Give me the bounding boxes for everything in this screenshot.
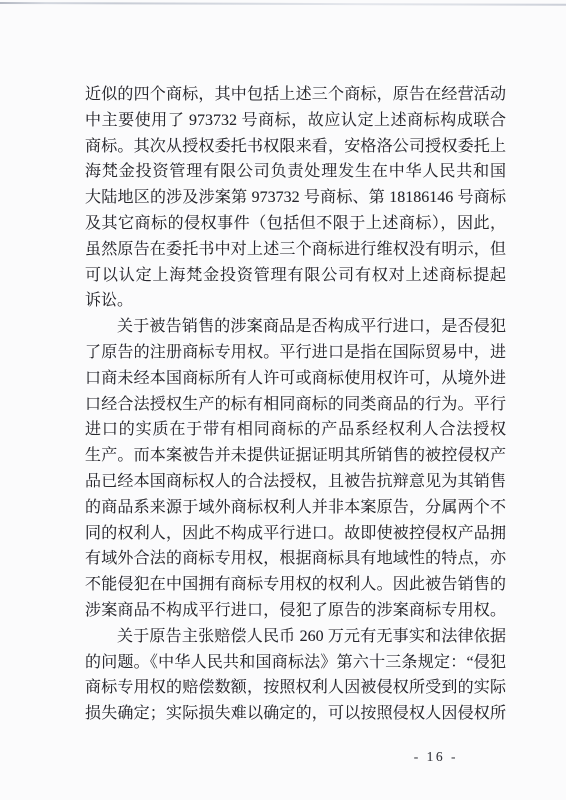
text-line: 同的权利人，因此不构成平行进口。故即使被控侵权产品拥 (85, 521, 506, 547)
text-line: 大陆地区的涉及涉案第 973732 号商标、第 18186146 号商标 (85, 185, 506, 211)
text-line: 近似的四个商标，其中包括上述三个商标，原告在经营活动 (85, 82, 506, 108)
text-line: 口经合法授权生产的标有相同商标的同类商品的行为。平行 (85, 392, 506, 418)
text-line: 涉案商品不构成平行进口，侵犯了原告的涉案商标专用权。 (85, 598, 506, 624)
text-line: 口商未经本国商标所有人许可或商标使用权许可，从境外进 (85, 366, 506, 392)
text-line: 商标专用权的赔偿数额，按照权利人因被侵权所受到的实际 (85, 675, 506, 701)
text-line: 品已经本国商标权人的合法授权，且被告抗辩意见为其销售 (85, 469, 506, 495)
scan-artifact-top-edge (0, 2, 566, 6)
text-line: 可以认定上海梵金投资管理有限公司有权对上述商标提起 (85, 263, 506, 289)
text-line: 的商品系来源于域外商标权利人并非本案原告，分属两个不 (85, 495, 506, 521)
text-line: 虽然原告在委托书中对上述三个商标进行维权没有明示，但 (85, 237, 506, 263)
page-number: - 16 - (414, 749, 458, 765)
text-line: 中主要使用了 973732 号商标，故应认定上述商标构成联合 (85, 108, 506, 134)
text-line: 商标。其次从授权委托书权限来看，安格洛公司授权委托上 (85, 134, 506, 160)
text-line: 诉讼。 (85, 288, 506, 314)
text-line: 海梵金投资管理有限公司负责处理发生在中华人民共和国 (85, 159, 506, 185)
text-line: 生产。而本案被告并未提供证据证明其所销售的被控侵权产 (85, 443, 506, 469)
text-line: 关于原告主张赔偿人民币 260 万元有无事实和法律依据 (85, 624, 506, 650)
judgment-text-block: 近似的四个商标，其中包括上述三个商标，原告在经营活动 中主要使用了 973732… (85, 82, 506, 727)
text-line: 关于被告销售的涉案商品是否构成平行进口，是否侵犯 (85, 314, 506, 340)
text-line: 不能侵犯在中国拥有商标专用权的权利人。因此被告销售的 (85, 572, 506, 598)
text-line: 进口的实质在于带有相同商标的产品系经权利人合法授权 (85, 417, 506, 443)
text-line: 及其它商标的侵权事件（包括但不限于上述商标），因此， (85, 211, 506, 237)
text-line: 损失确定；实际损失难以确定的，可以按照侵权人因侵权所 (85, 701, 506, 727)
scanned-document-page: 近似的四个商标，其中包括上述三个商标，原告在经营活动 中主要使用了 973732… (0, 0, 566, 800)
text-line: 有域外合法的商标专用权，根据商标具有地域性的特点，亦 (85, 546, 506, 572)
text-line: 了原告的注册商标专用权。平行进口是指在国际贸易中，进 (85, 340, 506, 366)
text-line: 的问题。《中华人民共和国商标法》第六十三条规定：“侵犯 (85, 650, 506, 676)
